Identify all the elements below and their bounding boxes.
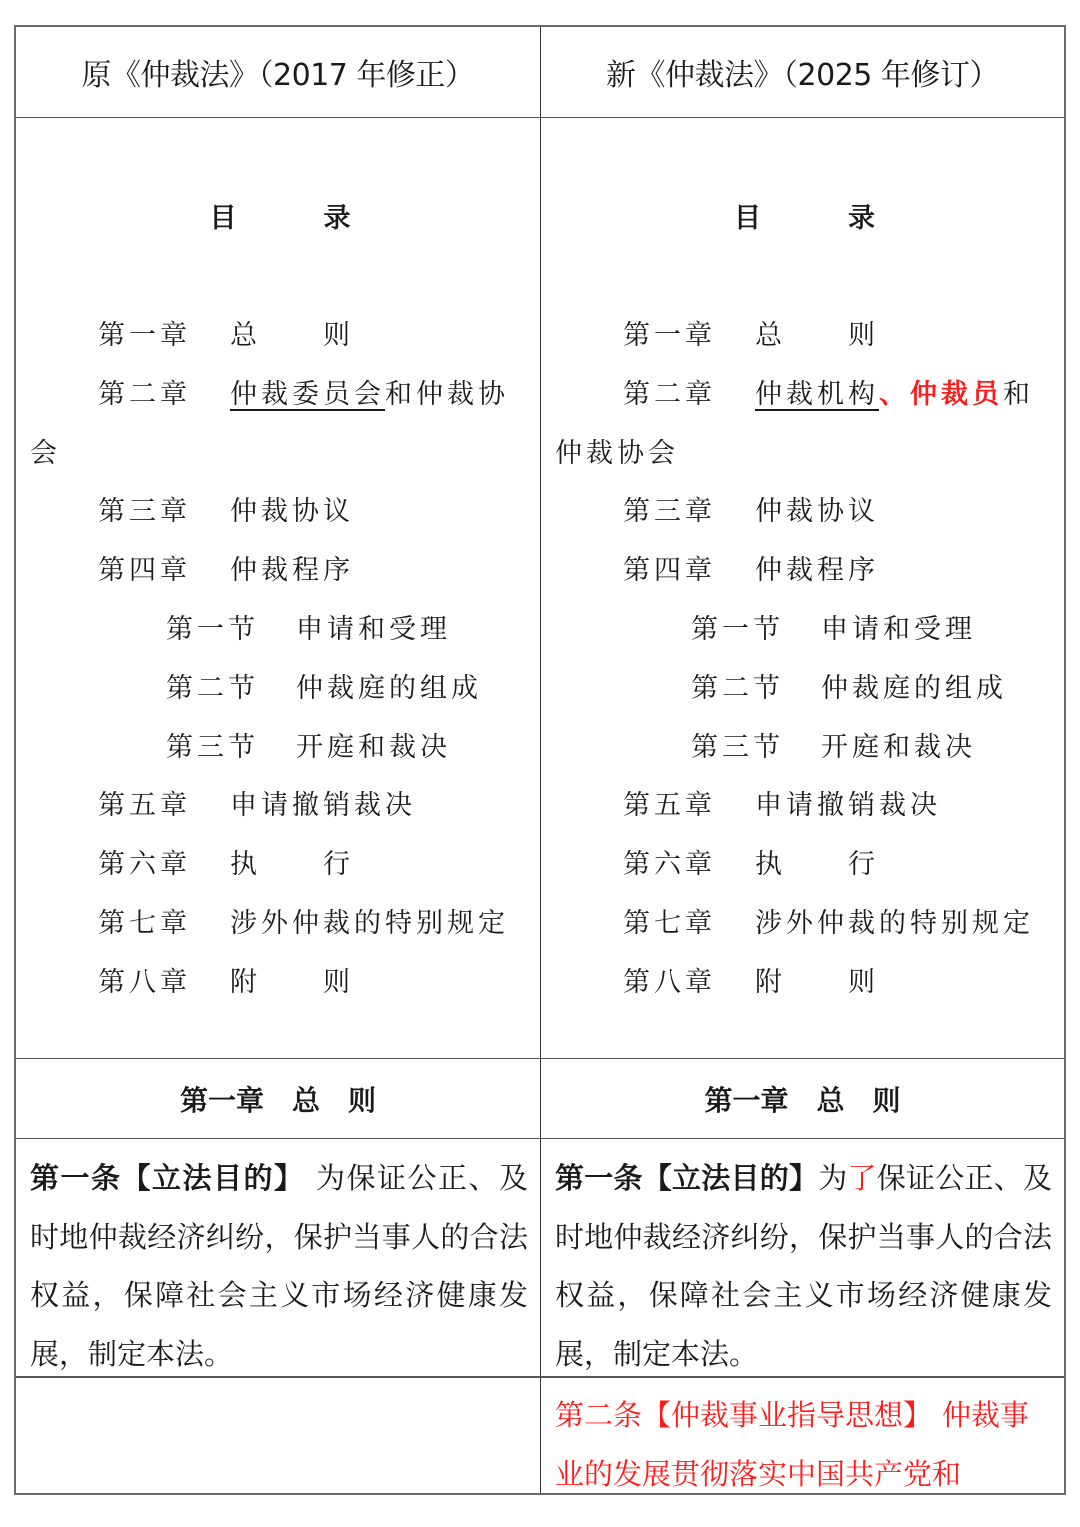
toc-label: 第四章 (623, 542, 755, 601)
new-article-2: 第二条【仲裁事业指导思想】仲裁事业的发展贯彻落实中国共产党和 (540, 1378, 1064, 1493)
toc-label: 第四章 (98, 542, 230, 601)
toc-label: 第八章 (623, 954, 755, 1013)
new-article-1: 第一条【立法目的】为了保证公正、及时地仲裁经济纠纷，保护当事人的合法权益，保障社… (540, 1139, 1064, 1376)
toc-text: 仲裁庭的组成 (821, 673, 1007, 704)
toc-item: 第八章附 则 (555, 954, 1064, 1013)
toc-item: 第五章申请撤销裁决 (555, 777, 1064, 836)
toc-label: 第三节 (166, 719, 296, 778)
article-2-row: 第二条【仲裁事业指导思想】仲裁事业的发展贯彻落实中国共产党和 (16, 1376, 1064, 1493)
toc-item-wrap: 会 (30, 425, 540, 484)
old-toc: 目 录 第一章总 则 第二章仲裁委员会和仲裁协 会 第三章仲裁协议 第四章仲裁程… (16, 118, 540, 1058)
toc-text: 附 则 (755, 967, 879, 998)
toc-item: 第七章涉外仲裁的特别规定 (555, 895, 1064, 954)
toc-text: 执 行 (230, 849, 354, 880)
comparison-table: 原《仲裁法》（2017 年修正） 新《仲裁法》（2025 年修订） 目 录 第一… (14, 25, 1066, 1495)
old-article-1: 第一条【立法目的】为保证公正、及时地仲裁经济纠纷，保护当事人的合法权益，保障社会… (16, 1139, 540, 1376)
toc-title: 目 录 (555, 196, 1064, 235)
toc-text-added: 、仲裁员 (879, 379, 1003, 410)
toc-item: 第七章涉外仲裁的特别规定 (30, 895, 540, 954)
toc-subitem: 第三节开庭和裁决 (555, 719, 1064, 778)
toc-label: 第三节 (691, 719, 821, 778)
toc-label: 第六章 (98, 836, 230, 895)
toc-row: 目 录 第一章总 则 第二章仲裁委员会和仲裁协 会 第三章仲裁协议 第四章仲裁程… (16, 117, 1064, 1058)
new-chapter-heading: 第一章 总 则 (540, 1059, 1064, 1138)
toc-label: 第二章 (623, 366, 755, 425)
toc-text: 会 (30, 438, 61, 469)
article-1-row: 第一条【立法目的】为保证公正、及时地仲裁经济纠纷，保护当事人的合法权益，保障社会… (16, 1138, 1064, 1376)
toc-subitem: 第三节开庭和裁决 (30, 719, 540, 778)
toc-label: 第二节 (166, 660, 296, 719)
toc-label: 第一章 (98, 307, 230, 366)
article-heading: 第一条【立法目的】 (555, 1161, 818, 1195)
chapter-title: 第一章 总 则 (180, 1079, 376, 1119)
toc-text: 开庭和裁决 (296, 732, 451, 763)
toc-item: 第二章仲裁委员会和仲裁协 (30, 366, 540, 425)
old-law-title: 原《仲裁法》（2017 年修正） (82, 50, 475, 94)
toc-text: 仲裁程序 (230, 555, 354, 586)
toc-text: 仲裁协议 (755, 496, 879, 527)
new-law-header: 新《仲裁法》（2025 年修订） (540, 27, 1064, 117)
toc-label: 第二节 (691, 660, 821, 719)
toc-label: 第一章 (623, 307, 755, 366)
toc-text: 和仲裁协 (385, 379, 509, 410)
toc-text: 执 行 (755, 849, 879, 880)
toc-label: 第三章 (623, 483, 755, 542)
toc-label: 第五章 (98, 777, 230, 836)
toc-item-wrap: 仲裁协会 (555, 425, 1064, 484)
toc-text: 涉外仲裁的特别规定 (755, 908, 1034, 939)
toc-item: 第六章执 行 (30, 836, 540, 895)
toc-subitem: 第二节仲裁庭的组成 (30, 660, 540, 719)
toc-text-changed: 仲裁机构 (755, 379, 879, 410)
toc-text: 仲裁协会 (555, 438, 679, 469)
toc-text: 总 则 (230, 320, 354, 351)
toc-text: 仲裁协议 (230, 496, 354, 527)
toc-text: 涉外仲裁的特别规定 (230, 908, 509, 939)
old-law-header: 原《仲裁法》（2017 年修正） (16, 27, 540, 117)
toc-label: 第三章 (98, 483, 230, 542)
toc-text: 和 (1003, 379, 1034, 410)
chapter-title: 第一章 总 则 (704, 1079, 900, 1119)
chapter-heading-row: 第一章 总 则 第一章 总 则 (16, 1058, 1064, 1138)
toc-label: 第八章 (98, 954, 230, 1013)
toc-item: 第五章申请撤销裁决 (30, 777, 540, 836)
toc-label: 第六章 (623, 836, 755, 895)
toc-label: 第二章 (98, 366, 230, 425)
toc-subitem: 第二节仲裁庭的组成 (555, 660, 1064, 719)
toc-item: 第一章总 则 (555, 307, 1064, 366)
toc-label: 第五章 (623, 777, 755, 836)
toc-item: 第八章附 则 (30, 954, 540, 1013)
toc-text: 申请撤销裁决 (230, 790, 416, 821)
toc-item: 第二章仲裁机构、仲裁员和 (555, 366, 1064, 425)
new-law-title: 新《仲裁法》（2025 年修订） (606, 50, 999, 94)
toc-text: 附 则 (230, 967, 354, 998)
old-article-2-empty (16, 1378, 540, 1493)
toc-label: 第七章 (98, 895, 230, 954)
toc-label: 第一节 (166, 601, 296, 660)
toc-text: 仲裁庭的组成 (296, 673, 482, 704)
toc-item: 第三章仲裁协议 (30, 483, 540, 542)
toc-item: 第六章执 行 (555, 836, 1064, 895)
toc-text-changed: 仲裁委员会 (230, 379, 385, 410)
toc-item: 第四章仲裁程序 (555, 542, 1064, 601)
toc-text: 仲裁程序 (755, 555, 879, 586)
new-toc: 目 录 第一章总 则 第二章仲裁机构、仲裁员和 仲裁协会 第三章仲裁协议 第四章… (540, 118, 1064, 1058)
article-heading-added: 第二条【仲裁事业指导思想】 (555, 1398, 932, 1432)
toc-text: 总 则 (755, 320, 879, 351)
toc-item: 第三章仲裁协议 (555, 483, 1064, 542)
article-text-added: 了 (847, 1161, 876, 1195)
article-heading: 第一条【立法目的】 (30, 1161, 304, 1195)
toc-item: 第四章仲裁程序 (30, 542, 540, 601)
toc-label: 第七章 (623, 895, 755, 954)
toc-text: 申请和受理 (821, 614, 976, 645)
toc-text: 开庭和裁决 (821, 732, 976, 763)
toc-item: 第一章总 则 (30, 307, 540, 366)
toc-text: 申请撤销裁决 (755, 790, 941, 821)
toc-subitem: 第一节申请和受理 (30, 601, 540, 660)
old-chapter-heading: 第一章 总 则 (16, 1059, 540, 1138)
toc-text: 申请和受理 (296, 614, 451, 645)
article-body: 为 (818, 1161, 847, 1195)
toc-title: 目 录 (30, 196, 540, 235)
toc-label: 第一节 (691, 601, 821, 660)
toc-subitem: 第一节申请和受理 (555, 601, 1064, 660)
header-row: 原《仲裁法》（2017 年修正） 新《仲裁法》（2025 年修订） (16, 27, 1064, 117)
